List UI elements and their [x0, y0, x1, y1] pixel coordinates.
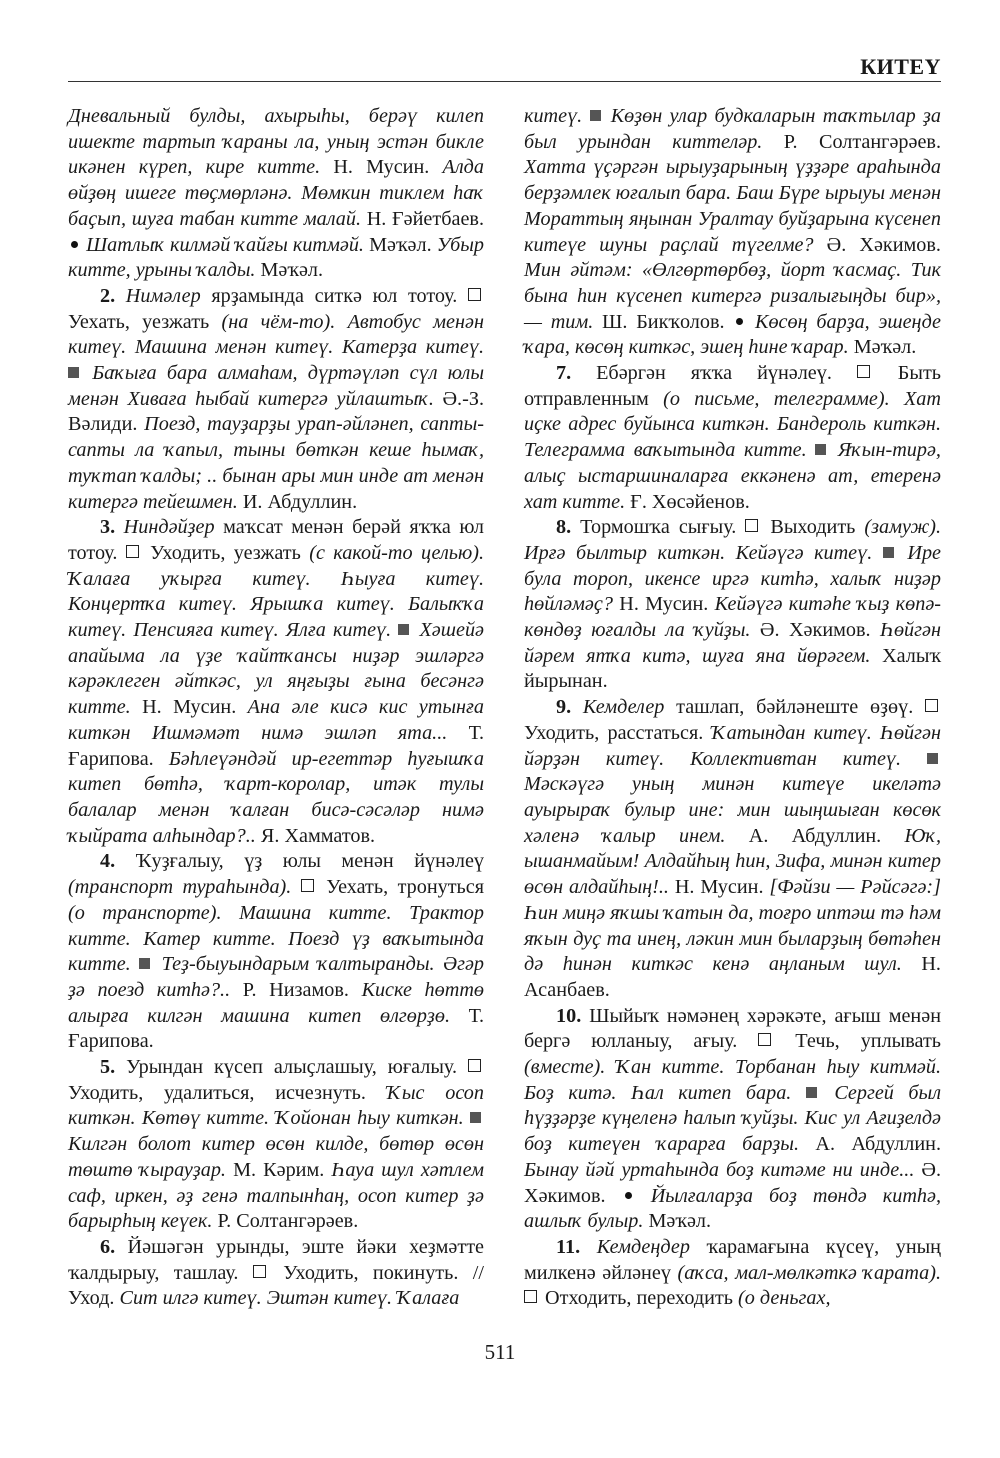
source-author: Ә. Хәкимов. — [750, 619, 880, 641]
translation: Уходить, уезжать — [142, 542, 309, 564]
source-author: Р. Солтангәрәев. — [212, 1210, 358, 1232]
definition-italic: Ниндәйҙер — [115, 516, 214, 538]
open-square-icon — [301, 879, 314, 892]
sense-number: 6. — [100, 1236, 115, 1258]
source-author: Р. Низамов. — [230, 979, 361, 1001]
definition-italic: Кемдеңдер — [580, 1236, 690, 1258]
source-author: А. Абдуллин. — [725, 825, 904, 847]
definition-italic: (аҡса, мал-мөлкәткә ҡарата). — [678, 1262, 942, 1284]
source-label: Мәҡәл. — [364, 234, 437, 256]
sense-number: 9. — [556, 696, 571, 718]
sense-11: 11. Кемдеңдер ҡарамағына күсеү, уның мил… — [524, 1235, 941, 1312]
source-author: Ә. Хәкимов. — [814, 234, 941, 256]
definition-italic: Нимәлер — [115, 285, 201, 307]
sense-6-continuation: китеү. Көҙөн улар будкаларын таҡтылар ҙа… — [524, 104, 941, 361]
sense-4: 4. Ҡуҙғалыу, үҙ юлы менән йүнәлеү (транс… — [68, 849, 484, 1055]
example-text: китеү. — [524, 105, 582, 127]
source-author: Я. Хамматов. — [256, 825, 375, 847]
source-author: Ш. Бикҡолов. — [593, 311, 733, 333]
example-text: Бынау йәй уртаһында боҙ китәме ни инде..… — [524, 1159, 914, 1181]
translation: Уходить, расстаться. — [524, 722, 712, 744]
definition-italic: Кемделер — [571, 696, 664, 718]
filled-square-icon — [398, 624, 409, 635]
sense-number: 4. — [100, 850, 115, 872]
filled-square-icon — [927, 753, 938, 764]
definition: Ебәргән яҡҡа йүнәлеү. — [571, 362, 857, 384]
sense-number: 3. — [100, 516, 115, 538]
source-author: Н. Мусин. — [613, 593, 715, 615]
sense-10: 10. Шыйыҡ нәмәнең хәрәкәте, ағыш менән б… — [524, 1004, 941, 1235]
definition: ташлап, бәйләнеште өҙөү. — [664, 696, 925, 718]
source-author: Ғ. Хөсәйенов. — [625, 491, 750, 513]
translation: Течь, уплывать — [774, 1030, 941, 1052]
example-text: Сит илгә китеү. Эштән китеү. Ҡалаға — [119, 1287, 459, 1309]
filled-square-icon — [470, 1112, 481, 1123]
open-square-icon — [758, 1033, 771, 1046]
filled-square-icon — [806, 1087, 817, 1098]
open-square-icon — [253, 1265, 266, 1278]
filled-square-icon — [815, 444, 826, 455]
source-author: М. Кәрим. — [226, 1159, 331, 1181]
source-author: Н. Ғәйетбаев. — [361, 208, 484, 230]
filled-square-icon — [139, 958, 150, 969]
proverb-text: Шатлыҡ килмәй ҡайғы китмәй. — [86, 234, 364, 256]
translation: Выходить — [761, 516, 864, 538]
sense-9: 9. Кемделер ташлап, бәйләнеште өҙөү. Ухо… — [524, 695, 941, 1003]
open-square-icon — [925, 699, 938, 712]
source-author: Н. Мусин. — [131, 696, 248, 718]
source-author: Н. Мусин. — [320, 156, 442, 178]
sense-5: 5. Урындан күсеп алыҫлашыу, юғалыу. Уход… — [68, 1055, 484, 1235]
entry-continuation: Дневальный булды, ахырыһы, берәү килеп и… — [68, 104, 484, 284]
example-text: Баҡыға бара алмаһам, дүртәүләп сүл юлы м… — [68, 362, 484, 410]
sense-number: 7. — [556, 362, 571, 384]
source-label: Мәҡәл. — [643, 1210, 711, 1232]
bullet-icon — [736, 318, 743, 325]
sense-number: 8. — [556, 516, 571, 538]
filled-square-icon — [590, 110, 601, 121]
source-author: А. Абдуллин. — [799, 1133, 941, 1155]
sense-8: 8. Тормошҡа сығыу. Выходить (замуж). Ирғ… — [524, 515, 941, 695]
open-square-icon — [524, 1290, 537, 1303]
running-head: КИТЕҮ — [860, 54, 941, 80]
definition-italic: (транспорт тураһында). — [68, 876, 291, 898]
sense-2: 2. Нимәлер ярҙамында ситкә юл тотоу. Уех… — [68, 284, 484, 515]
bullet-icon — [71, 241, 78, 248]
open-square-icon — [745, 519, 758, 532]
definition: Тормошҡа сығыу. — [571, 516, 745, 538]
bullet-icon — [625, 1192, 632, 1199]
page-header: КИТЕҮ — [68, 48, 941, 82]
translation: Уехать, тронуться — [317, 876, 484, 898]
filled-square-icon — [883, 547, 894, 558]
translation: Уходить, удалиться, исчезнуть. — [68, 1082, 387, 1104]
right-column: китеү. Көҙөн улар будкаларын таҡтылар ҙа… — [524, 104, 941, 1312]
source-author: Н. Мусин. — [669, 876, 769, 898]
sense-6: 6. Йәшәгән урынды, эште йәки хеҙмәтте ҡа… — [68, 1235, 484, 1312]
definition: ярҙамында ситкә юл тотоу. — [201, 285, 468, 307]
sense-number: 10. — [556, 1005, 581, 1027]
translation: Уехать, уезжать — [68, 311, 222, 333]
definition: Урындан күсеп алыҫлашыу, юғалыу. — [115, 1056, 468, 1078]
source-author: И. Абдуллин. — [238, 491, 357, 513]
sense-3: 3. Ниндәйҙер маҡсат менән берәй яҡҡа юл … — [68, 515, 484, 849]
sense-7: 7. Ебәргән яҡҡа йүнәлеү. Быть отправленн… — [524, 361, 941, 515]
left-column: Дневальный булды, ахырыһы, берәү килеп и… — [68, 104, 484, 1312]
sense-number: 5. — [100, 1056, 115, 1078]
source-author: Р. Солтангәрәев. — [762, 131, 941, 153]
example-text: (о деньгах, — [738, 1287, 830, 1309]
open-square-icon — [857, 365, 870, 378]
source-label: Мәҡәл. — [849, 336, 917, 358]
source-label: Мәҡәл. — [255, 259, 323, 281]
page-number: 511 — [0, 1340, 1000, 1365]
sense-number: 11. — [556, 1236, 580, 1258]
open-square-icon — [468, 1059, 481, 1072]
open-square-icon — [126, 545, 139, 558]
filled-square-icon — [68, 367, 79, 378]
sense-number: 2. — [100, 285, 115, 307]
translation: Отходить, переходить — [540, 1287, 738, 1309]
definition: Ҡуҙғалыу, үҙ юлы менән йүнәлеү — [115, 850, 484, 872]
open-square-icon — [468, 288, 481, 301]
